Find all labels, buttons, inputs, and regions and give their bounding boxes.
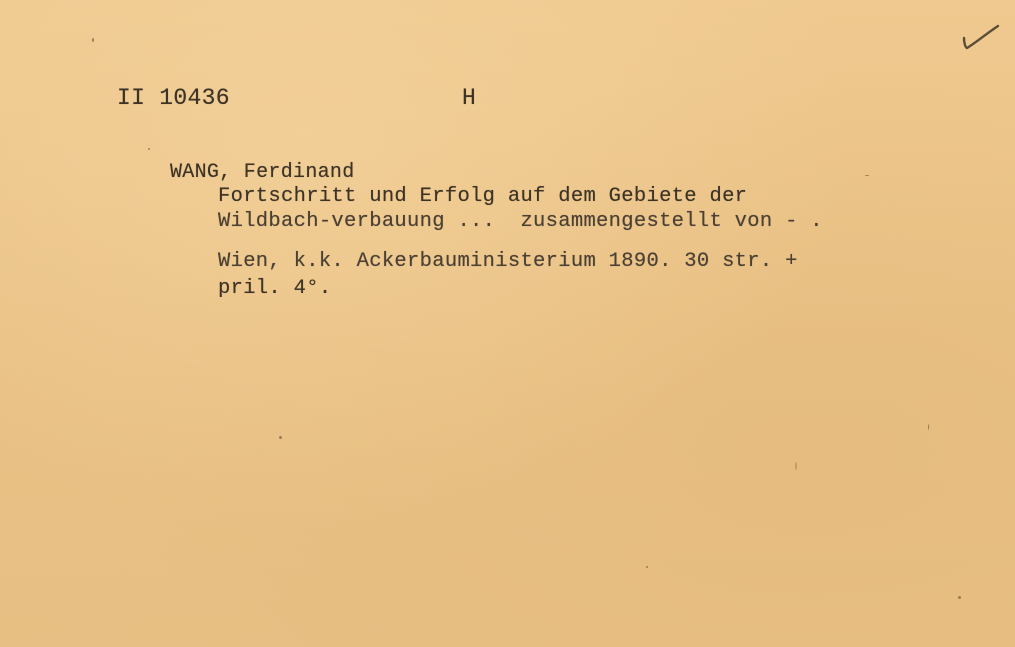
paper-speck	[795, 462, 797, 470]
title-line-2: Wildbach-verbauung ... zusammengestellt …	[218, 212, 823, 233]
imprint-line-1: Wien, k.k. Ackerbauministerium 1890. 30 …	[218, 252, 798, 273]
location-mark: H	[462, 87, 476, 110]
paper-speck	[865, 175, 869, 176]
imprint-line-2: pril. 4°.	[218, 279, 331, 300]
paper-speck	[958, 596, 961, 599]
paper-speck	[928, 424, 929, 430]
author-heading: WANG, Ferdinand	[170, 163, 355, 183]
paper-speck	[646, 566, 648, 568]
paper-speck	[279, 436, 282, 439]
title-line-1: Fortschritt und Erfolg auf dem Gebiete d…	[218, 187, 747, 208]
catalog-card: II 10436 H WANG, Ferdinand Fortschritt u…	[0, 0, 1015, 647]
call-number: II 10436	[117, 87, 230, 110]
paper-speck	[148, 148, 150, 150]
pencil-check-mark-icon	[958, 20, 1002, 52]
paper-speck	[92, 38, 94, 42]
